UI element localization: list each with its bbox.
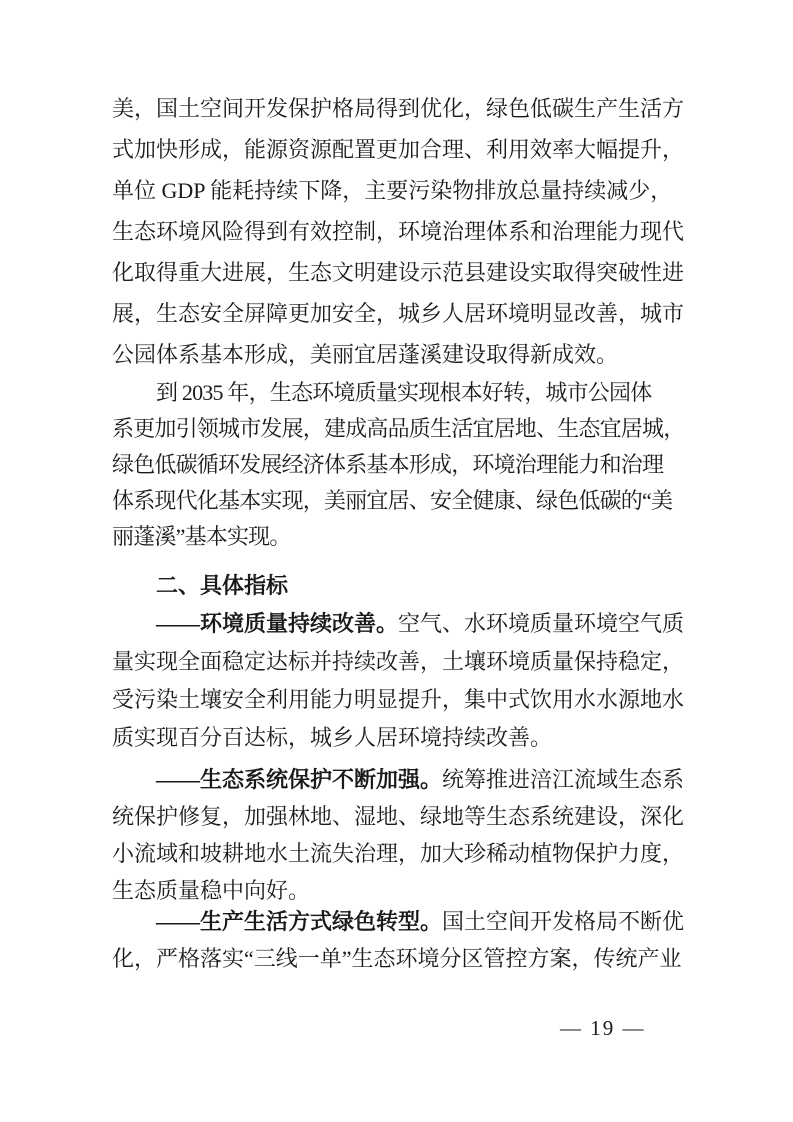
paragraph-lead-rest: 国土空间开发格局不断优 (442, 909, 684, 934)
paragraph-2035-goals: 到 2035 年，生态环境质量实现根本好转，城市公园体 系更加引领城市发展，建成… (112, 375, 686, 555)
text-line: 质实现百分百达标，城乡人居环境持续改善。 (112, 719, 686, 757)
page-number: — 19 — (560, 1016, 646, 1041)
paragraph-overview: 美，国土空间开发保护格局得到优化，绿色低碳生产生活方 式加快形成，能源资源配置更… (112, 88, 686, 375)
text-line: 受污染土壤安全利用能力明显提升，集中式饮用水水源地水 (112, 681, 686, 719)
paragraph-green-transition: ——生产生活方式绿色转型。国土空间开发格局不断优 化，严格落实“三线一单”生态环… (112, 903, 686, 977)
paragraph-lead-bold: ——生产生活方式绿色转型。 (156, 909, 442, 934)
text-line: 体系现代化基本实现，美丽宜居、安全健康、绿色低碳的“美 (112, 483, 686, 519)
paragraph-ecosystem-protection: ——生态系统保护不断加强。统筹推进涪江流域生态系 统保护修复，加强林地、湿地、绿… (112, 761, 686, 909)
text-line: 单位 GDP 能耗持续下降，主要污染物排放总量持续减少， (112, 170, 686, 211)
text-line: 小流域和坡耕地水土流失治理，加大珍稀动植物保护力度， (112, 835, 686, 872)
text-line: 化取得重大进展，生态文明建设示范县建设实取得突破性进 (112, 252, 686, 293)
text-line: 化，严格落实“三线一单”生态环境分区管控方案，传统产业 (112, 940, 686, 977)
text-line: 统保护修复，加强林地、湿地、绿地等生态系统建设，深化 (112, 798, 686, 835)
text-line: 丽蓬溪”基本实现。 (112, 519, 686, 555)
text-line: 美，国土空间开发保护格局得到优化，绿色低碳生产生活方 (112, 88, 686, 129)
text-line: ——生产生活方式绿色转型。国土空间开发格局不断优 (112, 903, 686, 940)
text-line: 生态环境风险得到有效控制，环境治理体系和治理能力现代 (112, 211, 686, 252)
text-line: 到 2035 年，生态环境质量实现根本好转，城市公园体 (112, 375, 686, 411)
text-line: 式加快形成，能源资源配置更加合理、利用效率大幅提升， (112, 129, 686, 170)
paragraph-lead-rest: 空气、水环境质量环境空气质 (398, 611, 684, 636)
section-heading: 二、具体指标 (112, 567, 686, 605)
paragraph-lead-bold: ——生态系统保护不断加强。 (156, 767, 442, 792)
text-line: ——生态系统保护不断加强。统筹推进涪江流域生态系 (112, 761, 686, 798)
text-line: 量实现全面稳定达标并持续改善，土壤环境质量保持稳定， (112, 643, 686, 681)
text-line: 系更加引领城市发展，建成高品质生活宜居地、生态宜居城， (112, 411, 686, 447)
document-body: 美，国土空间开发保护格局得到优化，绿色低碳生产生活方 式加快形成，能源资源配置更… (112, 88, 686, 977)
paragraph-environment-quality: ——环境质量持续改善。空气、水环境质量环境空气质 量实现全面稳定达标并持续改善，… (112, 605, 686, 757)
document-page: 美，国土空间开发保护格局得到优化，绿色低碳生产生活方 式加快形成，能源资源配置更… (0, 0, 793, 1122)
paragraph-lead-bold: ——环境质量持续改善。 (156, 611, 398, 636)
paragraph-lead-rest: 统筹推进涪江流域生态系 (442, 767, 684, 792)
text-line: 展，生态安全屏障更加安全，城乡人居环境明显改善，城市 (112, 293, 686, 334)
text-line: 公园体系基本形成，美丽宜居蓬溪建设取得新成效。 (112, 334, 686, 375)
text-line: 绿色低碳循环发展经济体系基本形成，环境治理能力和治理 (112, 447, 686, 483)
text-line: ——环境质量持续改善。空气、水环境质量环境空气质 (112, 605, 686, 643)
